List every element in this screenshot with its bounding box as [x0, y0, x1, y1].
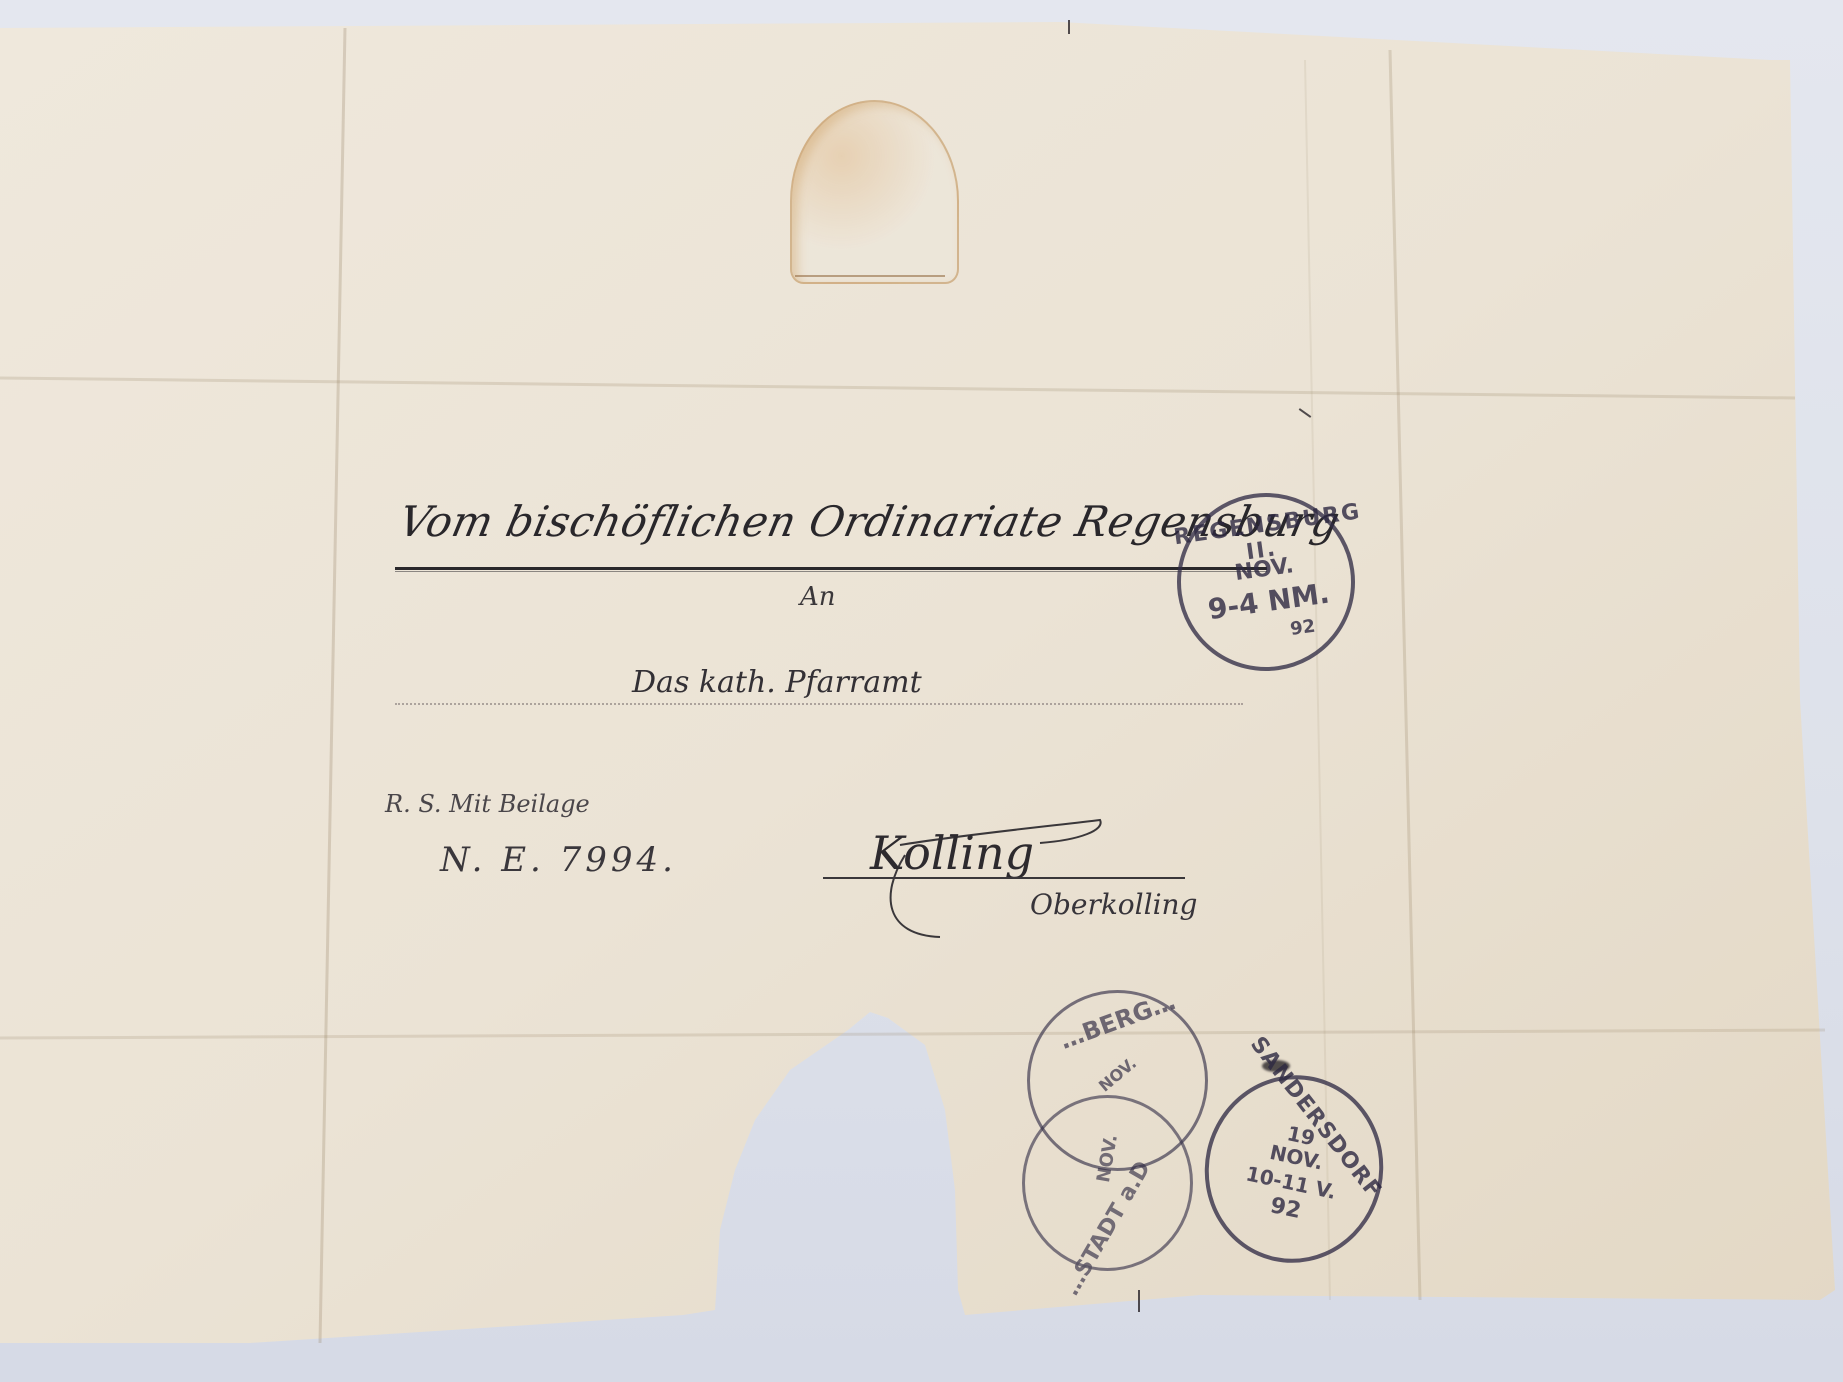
top-edge-mark — [1068, 20, 1070, 34]
destination-text: Kolling — [870, 826, 1034, 880]
reference-line-1: R. S. Mit Beilage — [385, 790, 590, 818]
recipient-dotted-line — [395, 703, 1243, 705]
preposition-an: An — [800, 582, 836, 612]
postmark-arrival-2: …STADT a.D NOV. — [1022, 1095, 1193, 1271]
recipient-text: Das kath. Pfarramt — [632, 665, 922, 700]
sender-underline-thin — [395, 571, 1267, 572]
reference-number: N. E. 7994. — [440, 840, 677, 880]
seal-flap-edge — [795, 275, 945, 277]
destination-sub-text: Oberkolling — [1030, 888, 1197, 921]
ink-tick-mark — [1138, 1290, 1140, 1312]
destination-underline — [823, 877, 1185, 879]
sender-underline — [395, 567, 1267, 570]
